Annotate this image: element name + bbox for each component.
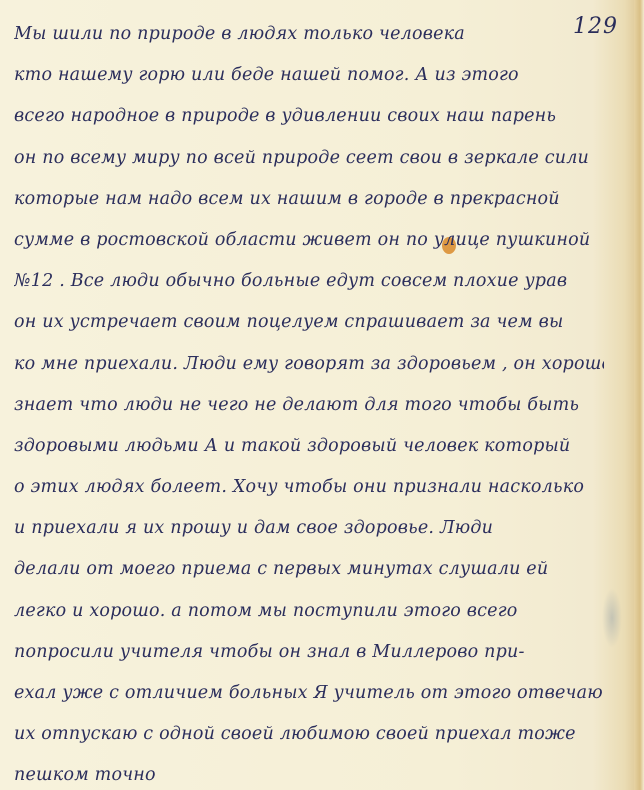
- text-line: сумме в ростовской области живет он по у…: [14, 220, 604, 261]
- notebook-page: 129 Мы шили по природе в людях только че…: [0, 0, 644, 790]
- text-line: легко и хорошо. а потом мы поступили это…: [14, 591, 604, 632]
- text-line: он по всему миру по всей природе сеет св…: [14, 138, 604, 179]
- text-line: здоровыми людьми А и такой здоровый чело…: [14, 426, 604, 467]
- text-line: всего народное в природе в удивлении сво…: [14, 96, 604, 137]
- text-line: попросили учителя чтобы он знал в Миллер…: [14, 632, 604, 673]
- text-line: кто нашему горю или беде нашей помог. А …: [14, 55, 604, 96]
- text-line: делали от моего приема с первых минутах …: [14, 549, 604, 590]
- text-line: ко мне приехали. Люди ему говорят за здо…: [14, 344, 604, 385]
- page-edge: [634, 0, 644, 790]
- text-line: которые нам надо всем их нашим в городе …: [14, 179, 604, 220]
- text-line: №12 . Все люди обычно больные едут совсе…: [14, 261, 604, 302]
- smudge-mark: [602, 588, 622, 648]
- handwritten-text-block: Мы шили по природе в людях только челове…: [14, 14, 604, 790]
- text-line: ехал уже с отличием больных Я учитель от…: [14, 673, 604, 714]
- text-line: знает что люди не чего не делают для тог…: [14, 385, 604, 426]
- text-line: о этих людях болеет. Хочу чтобы они приз…: [14, 467, 604, 508]
- text-line: их отпускаю с одной своей любимою своей …: [14, 714, 604, 755]
- text-line: Мы шили по природе в людях только челове…: [14, 14, 604, 55]
- text-line: он их устречает своим поцелуем спрашивае…: [14, 302, 604, 343]
- text-line: пешком точно: [14, 755, 604, 790]
- text-line: и приехали я их прошу и дам свое здоровь…: [14, 508, 604, 549]
